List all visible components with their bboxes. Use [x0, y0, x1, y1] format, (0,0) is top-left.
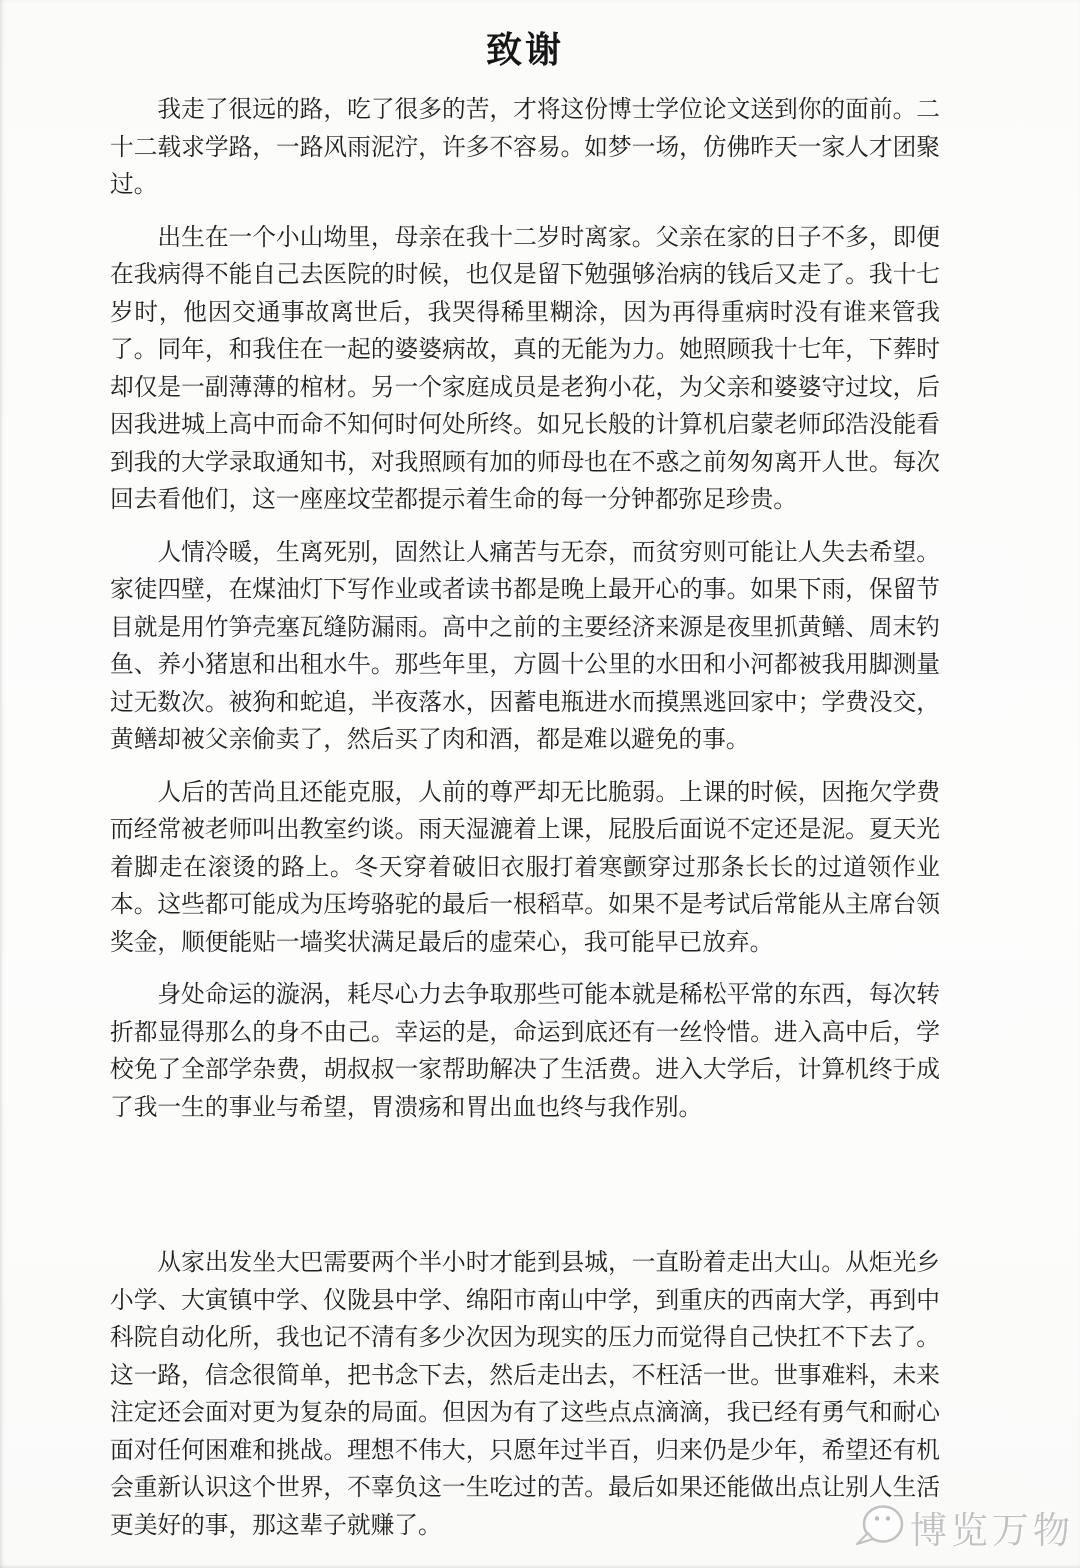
paragraph-5: 身处命运的漩涡，耗尽心力去争取那些可能本就是稀松平常的东西，每次转折都显得那么的… — [110, 977, 940, 1127]
paragraph-6: 从家出发坐大巴需要两个半小时才能到县城，一直盼着走出大山。从炬光乡小学、大寅镇中… — [110, 1245, 940, 1545]
paragraph-2: 出生在一个小山坳里，母亲在我十二岁时离家。父亲在家的日子不多，即便在我病得不能自… — [110, 220, 940, 520]
paragraph-1: 我走了很远的路，吃了很多的苦，才将这份博士学位论文送到你的面前。二十二载求学路，… — [110, 92, 940, 205]
paragraph-3: 人情冷暖，生离死别，固然让人痛苦与无奈，而贫穷则可能让人失去希望。家徒四壁，在煤… — [110, 535, 940, 760]
document-page: 致谢 我走了很远的路，吃了很多的苦，才将这份博士学位论文送到你的面前。二十二载求… — [0, 0, 1080, 1568]
page-title: 致谢 — [110, 30, 940, 70]
paragraph-4: 人后的苦尚且还能克服，人前的尊严却无比脆弱。上课的时候，因拖欠学费而经常被老师叫… — [110, 775, 940, 963]
